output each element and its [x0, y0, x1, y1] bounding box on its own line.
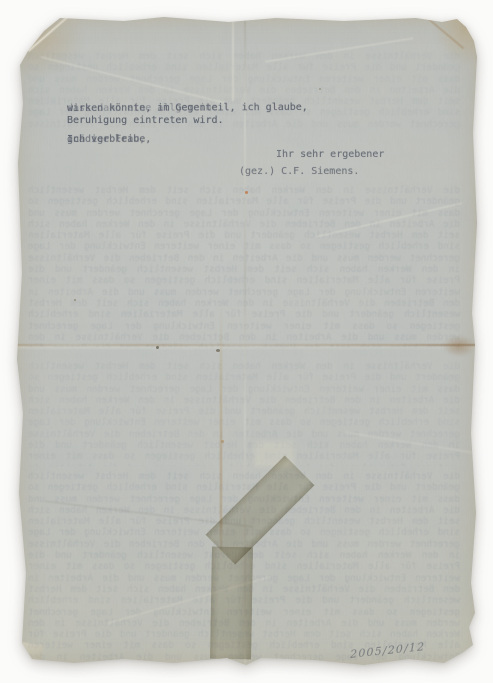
stain-speck	[156, 346, 159, 349]
typed-text-faded: dass dann eine allgemeine	[67, 102, 218, 114]
typed-text-faded: gnädige Frau,	[67, 134, 145, 145]
stain-speck	[74, 299, 76, 301]
fold-crease-horizontal	[14, 344, 479, 346]
typed-line-body-2: Beruhigung eintreten wird.	[67, 115, 224, 126]
typed-line-closing: Ihr sehr ergebener	[276, 149, 384, 160]
stain-speck	[245, 191, 248, 194]
photo-background: die Verhältnisse in den Werken haben sic…	[0, 0, 493, 683]
fold-crease-highlight	[14, 346, 479, 349]
tape-strip-vertical	[210, 547, 253, 660]
stain-speck	[221, 440, 224, 443]
typed-line-signature: (gez.) C.F. Siemens.	[239, 166, 359, 177]
stain-speck	[216, 349, 220, 352]
stain-speck	[319, 88, 321, 90]
letter-page: die Verhältnisse in den Werken haben sic…	[14, 13, 479, 669]
fold-stain	[442, 335, 476, 357]
crease-line	[232, 15, 234, 101]
